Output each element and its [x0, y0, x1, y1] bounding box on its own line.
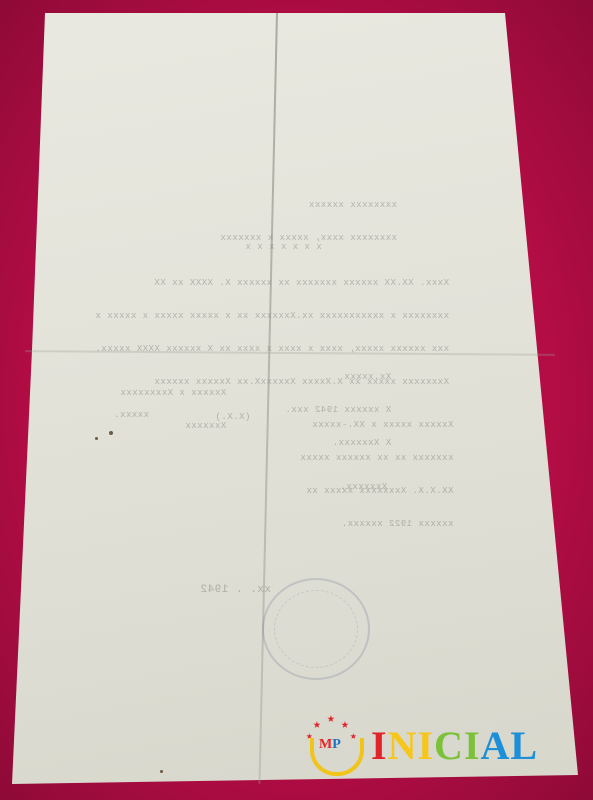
title-line: x x x x x x x [245, 242, 322, 255]
date-line: Xx.xxxxx [285, 372, 391, 385]
star-icon: ★ [313, 718, 321, 731]
stain-spot [95, 437, 98, 440]
emblem-initials: MP [319, 737, 341, 753]
signature-line: Xxxxxx x Xxxxxxxxx [120, 388, 226, 401]
stamp-date-text: xx. . 1942 [200, 560, 271, 609]
watermark-letter: N [388, 723, 418, 768]
watermark-letter: I [464, 723, 481, 768]
watermark-letter: L [510, 723, 538, 768]
stamp-date-line: xx. . 1942 [200, 584, 271, 597]
watermark-letter: I [417, 723, 434, 768]
body-line: Xxxx. XX.XX xxxxxx xxxxxxx xx xxxxxx X. … [95, 278, 449, 291]
watermark-logo: ★ ★ ★ ★ ★ MP INICIAL [305, 712, 538, 778]
stain-spot [109, 431, 113, 435]
signature-block: Xxxxxx x Xxxxxxxxx Xxxxxxx [120, 368, 226, 444]
emblem-letter-m: M [319, 737, 332, 752]
emblem-icon: ★ ★ ★ ★ ★ MP [305, 712, 363, 778]
stain-spot [160, 770, 163, 773]
closing-line: Xxxxxxx. [340, 482, 387, 495]
round-stamp-mark [262, 578, 370, 680]
header-line: xxxxxxxx xxxxxx [220, 200, 397, 213]
watermark-letter: A [481, 723, 511, 768]
star-icon: ★ [327, 712, 335, 725]
body-line: xxx xxxxxx xxxxx, xxxx x xxxx x xxxx xx … [95, 344, 449, 357]
seal-label: (X.X.) [215, 392, 250, 435]
closing-text: Xxxxxxx. [340, 462, 387, 505]
signature-line: Xxxxxxx [120, 421, 226, 434]
seal-label-text: (X.X.) [215, 412, 250, 425]
star-icon: ★ [341, 718, 349, 731]
body-line: xxxxxxxx x xxxxxxxxxxx xx.Xxxxxxx xx x x… [95, 311, 449, 324]
watermark-word: INICIAL [371, 722, 538, 769]
watermark-letter: C [434, 723, 464, 768]
note-line: Xxxxxx xxxxx x XX.-xxxxx [300, 420, 453, 433]
emblem-letter-p: P [332, 737, 341, 752]
note-line: xxxxxx 1922 xxxxxx. [300, 519, 453, 532]
watermark-letter: I [371, 723, 388, 768]
